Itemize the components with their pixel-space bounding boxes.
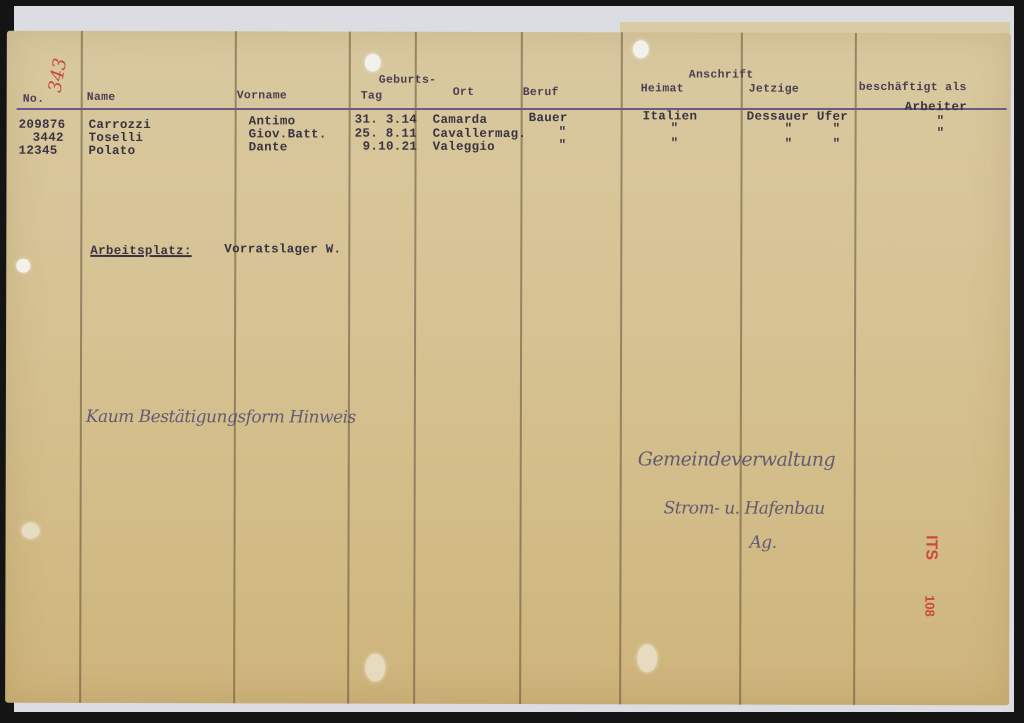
signature-line-3: Ag. xyxy=(750,533,777,553)
header-anschrift: Anschrift xyxy=(689,68,754,81)
row-1-ort: Camarda xyxy=(433,114,488,127)
row-3-ort: Valeggio xyxy=(433,141,495,154)
header-tag: Tag xyxy=(361,90,383,103)
column-rule xyxy=(853,33,856,705)
row-1-tag: 31. 3.14 xyxy=(355,114,417,127)
its-stamp-number: 108 xyxy=(922,595,937,617)
its-stamp-label: ITS xyxy=(921,535,939,560)
header-beruf: Beruf xyxy=(523,86,559,99)
row-2-jetzige2-ditto: " xyxy=(833,123,841,136)
handwritten-note: Kaum Bestätigungsform Hinweis xyxy=(86,407,356,428)
row-3-beruf-ditto: " xyxy=(559,139,567,152)
index-card: 343 No. Name Vorname Geburts- Tag Ort Be… xyxy=(5,31,1011,706)
row-1-beschaeftigt: Arbeiter xyxy=(905,101,967,114)
row-3-vorname: Dante xyxy=(249,141,288,154)
signature-line-1: Gemeindeverwaltung xyxy=(638,448,835,471)
header-no: No. xyxy=(23,93,45,106)
column-rule xyxy=(79,31,82,703)
header-heimat: Heimat xyxy=(641,82,684,95)
row-3-no: 12345 xyxy=(19,145,58,158)
header-ort: Ort xyxy=(453,86,475,99)
row-3-heimat-ditto: " xyxy=(671,137,679,150)
punch-hole xyxy=(16,259,30,273)
punch-hole xyxy=(637,644,657,672)
arbeitsplatz-value: Vorratslager W. xyxy=(224,243,341,256)
punch-hole xyxy=(365,654,385,682)
column-rule xyxy=(347,32,350,704)
column-rule xyxy=(233,31,236,703)
punch-hole xyxy=(365,54,381,72)
header-jetzige: Jetzige xyxy=(749,83,799,96)
header-rule xyxy=(17,108,1007,110)
row-2-jetzige-ditto: " xyxy=(785,123,793,136)
row-3-name: Polato xyxy=(89,145,136,158)
punch-hole xyxy=(22,523,40,539)
row-3-tag: 9.10.21 xyxy=(363,141,418,154)
row-3-jetzige-ditto: " xyxy=(785,138,793,151)
row-2-heimat-ditto: " xyxy=(671,122,679,135)
header-beschaeftigt: beschäftigt als xyxy=(859,81,967,94)
card-number-annotation: 343 xyxy=(45,57,72,95)
arbeitsplatz-label: Arbeitsplatz: xyxy=(90,245,191,258)
row-3-beschaeftigt-ditto: " xyxy=(937,127,945,140)
column-rule xyxy=(739,33,742,705)
row-1-beruf: Bauer xyxy=(529,112,568,125)
row-3-jetzige2-ditto: " xyxy=(833,138,841,151)
header-name: Name xyxy=(87,91,116,104)
signature-line-2: Strom- u. Hafenbau xyxy=(664,498,825,518)
punch-hole xyxy=(633,40,649,58)
header-vorname: Vorname xyxy=(237,89,287,102)
header-geburts: Geburts- xyxy=(379,74,437,87)
column-rule xyxy=(619,32,622,704)
